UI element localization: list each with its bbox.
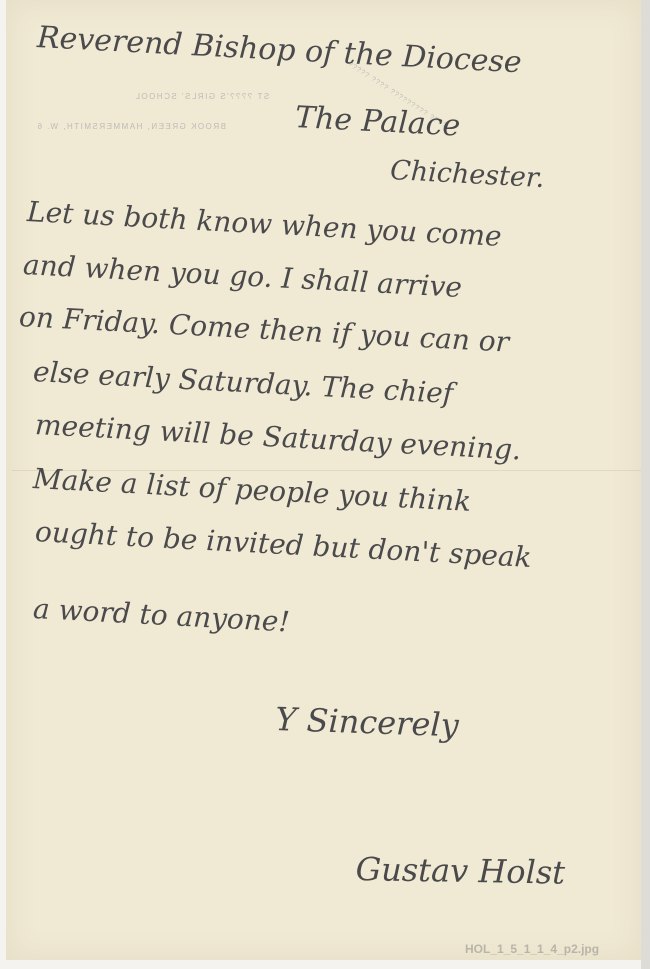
letter-page: ST ????'S GIRLS' SCHOOL BROOK GREEN, HAM… xyxy=(6,0,641,960)
signature: Gustav Holst xyxy=(355,850,565,892)
body-line: and when you go. I shall arrive xyxy=(22,248,463,304)
closing: Y Sincerely xyxy=(275,700,460,744)
address-line-2: Chichester. xyxy=(389,155,545,194)
letterhead-address: BROOK GREEN, HAMMERSMITH, W. 6 xyxy=(36,122,226,131)
letterhead-school-name: ST ????'S GIRLS' SCHOOL xyxy=(134,92,269,101)
file-name-label: HOL_1_5_1_1_4_p2.jpg xyxy=(465,942,599,956)
recipient-line: Reverend Bishop of the Diocese xyxy=(36,20,522,80)
address-line-1: The Palace xyxy=(294,100,461,144)
body-line: Let us both know when you come xyxy=(26,195,502,253)
body-line: else early Saturday. The chief xyxy=(32,355,454,410)
body-line: meeting will be Saturday evening. xyxy=(34,408,522,466)
body-line: ought to be invited but don't speak xyxy=(34,515,532,574)
page-edge xyxy=(641,0,650,969)
body-line: on Friday. Come then if you can or xyxy=(18,300,510,359)
body-line: a word to anyone! xyxy=(32,592,290,638)
